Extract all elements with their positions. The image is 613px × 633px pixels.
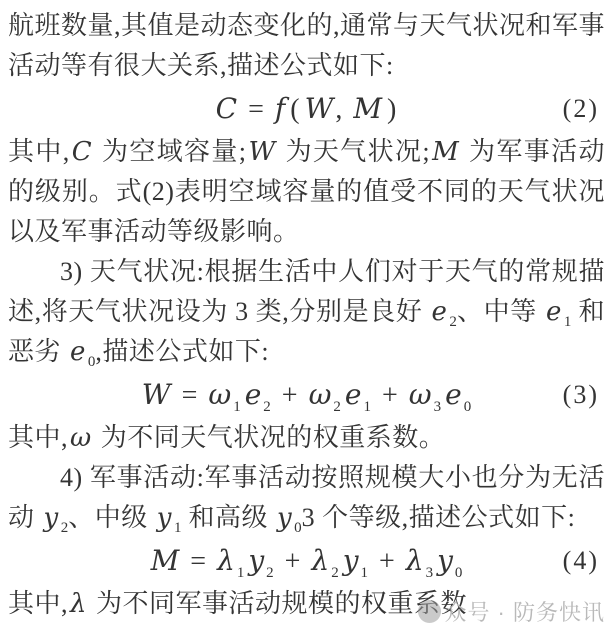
math-var: y — [343, 544, 359, 577]
math-operator: + — [379, 546, 395, 577]
math-subscript: 0 — [294, 520, 302, 536]
math-operator: = — [248, 94, 264, 125]
paragraph-eq4-explanation: 其中,λ 为不同军事活动规模的权重系数 — [8, 584, 605, 624]
math-operator: , — [335, 94, 342, 125]
math-var: ω — [409, 378, 432, 411]
math-subscript: 2 — [449, 314, 457, 330]
math-subscript: 1 — [233, 399, 241, 415]
math-subscript: 1 — [237, 565, 245, 581]
math-var: e — [544, 297, 564, 327]
formula-expression: C=f(W,M) — [214, 86, 400, 133]
math-subscript: 2 — [333, 399, 341, 415]
paragraph-military-item: 4) 军事活动:军事活动按照规模大小也分为无活动 y2、中级 y1 和高级 y0… — [8, 458, 605, 538]
equation-3: W=ω1e2+ω2e1+ω3e0(3) — [8, 372, 605, 418]
math-var: e — [68, 337, 88, 367]
formula-expression: M=λ1y2+λ2y1+λ3y0 — [149, 538, 465, 585]
text-run: 、中等 — [457, 297, 544, 326]
math-operator: ) — [387, 94, 396, 125]
math-subscript: 1 — [364, 399, 372, 415]
text-run: ,描述公式如下: — [95, 337, 269, 366]
math-var: λ — [406, 544, 424, 577]
math-var: e — [245, 378, 262, 411]
document-body: 航班数量,其值是动态变化的,通常与天气状况和军事活动等有很大关系,描述公式如下:… — [0, 0, 613, 624]
math-var: W — [246, 137, 277, 167]
math-var: λ — [217, 544, 235, 577]
math-var: λ — [68, 589, 89, 619]
math-var: W — [142, 378, 171, 411]
math-subscript: 0 — [464, 399, 472, 415]
paragraph-weather-item: 3) 天气状况:根据生活中人们对于天气的常规描述,将天气状况设为 3 类,分别是… — [8, 252, 605, 372]
text-run: 为不同天气状况的权重系数。 — [94, 423, 446, 452]
equation-number: (3) — [563, 372, 599, 418]
text-run: 和高级 — [181, 503, 275, 532]
equation-2: C=f(W,M)(2) — [8, 86, 605, 132]
math-var: e — [445, 378, 462, 411]
math-var: y — [437, 544, 453, 577]
math-subscript: 2 — [331, 565, 339, 581]
math-operator: + — [282, 380, 298, 411]
equation-number: (4) — [563, 538, 599, 584]
text-run: 其中, — [8, 589, 68, 618]
math-var: W — [305, 92, 334, 125]
math-var: M — [151, 544, 180, 577]
math-subscript: 1 — [361, 565, 369, 581]
math-subscript: 2 — [263, 399, 271, 415]
math-subscript: 3 — [426, 565, 434, 581]
math-var: ω — [68, 423, 94, 453]
math-var: y — [275, 503, 294, 533]
text-run: 、中级 — [68, 503, 155, 532]
paper-page: { "page": { "background": "#ffffff", "te… — [0, 0, 613, 633]
math-subscript: 3 — [434, 399, 442, 415]
math-var: y — [248, 544, 264, 577]
text-run: 3 个等级,描述公式如下: — [302, 503, 576, 532]
text-run: 航班数量,其值是动态变化的,通常与天气状况和军事活动等有很大关系,描述公式如下: — [8, 11, 605, 80]
math-var: M — [353, 92, 382, 125]
math-var: y — [155, 503, 174, 533]
math-var: y — [42, 503, 61, 533]
paragraph-eq2-explanation: 其中,C 为空域容量;W 为天气状况;M 为军事活动的级别。式(2)表明空域容量… — [8, 132, 605, 252]
math-var: ω — [309, 378, 332, 411]
math-var: C — [70, 137, 94, 167]
math-subscript: 2 — [266, 565, 274, 581]
math-var: M — [430, 137, 461, 167]
math-subscript: 0 — [455, 565, 463, 581]
text-run: 其中, — [8, 137, 70, 166]
text-run: 其中, — [8, 423, 68, 452]
text-run: 为空域容量; — [94, 137, 246, 166]
math-operator: + — [382, 380, 398, 411]
math-operator: ( — [290, 94, 299, 125]
math-operator: + — [285, 546, 301, 577]
paragraph-capacity-intro: 航班数量,其值是动态变化的,通常与天气状况和军事活动等有很大关系,描述公式如下: — [8, 6, 605, 86]
math-var: e — [345, 378, 362, 411]
math-var: f — [275, 92, 285, 125]
equation-4: M=λ1y2+λ2y1+λ3y0(4) — [8, 538, 605, 584]
math-var: λ — [311, 544, 329, 577]
text-run: 为天气状况; — [278, 137, 430, 166]
math-var: C — [216, 92, 237, 125]
formula-expression: W=ω1e2+ω2e1+ω3e0 — [140, 372, 473, 419]
math-operator: = — [190, 546, 206, 577]
equation-number: (2) — [563, 86, 599, 132]
math-var: ω — [208, 378, 231, 411]
math-var: e — [430, 297, 450, 327]
text-run: 为不同军事活动规模的权重系数 — [89, 589, 467, 618]
paragraph-eq3-explanation: 其中,ω 为不同天气状况的权重系数。 — [8, 418, 605, 458]
math-operator: = — [182, 380, 198, 411]
